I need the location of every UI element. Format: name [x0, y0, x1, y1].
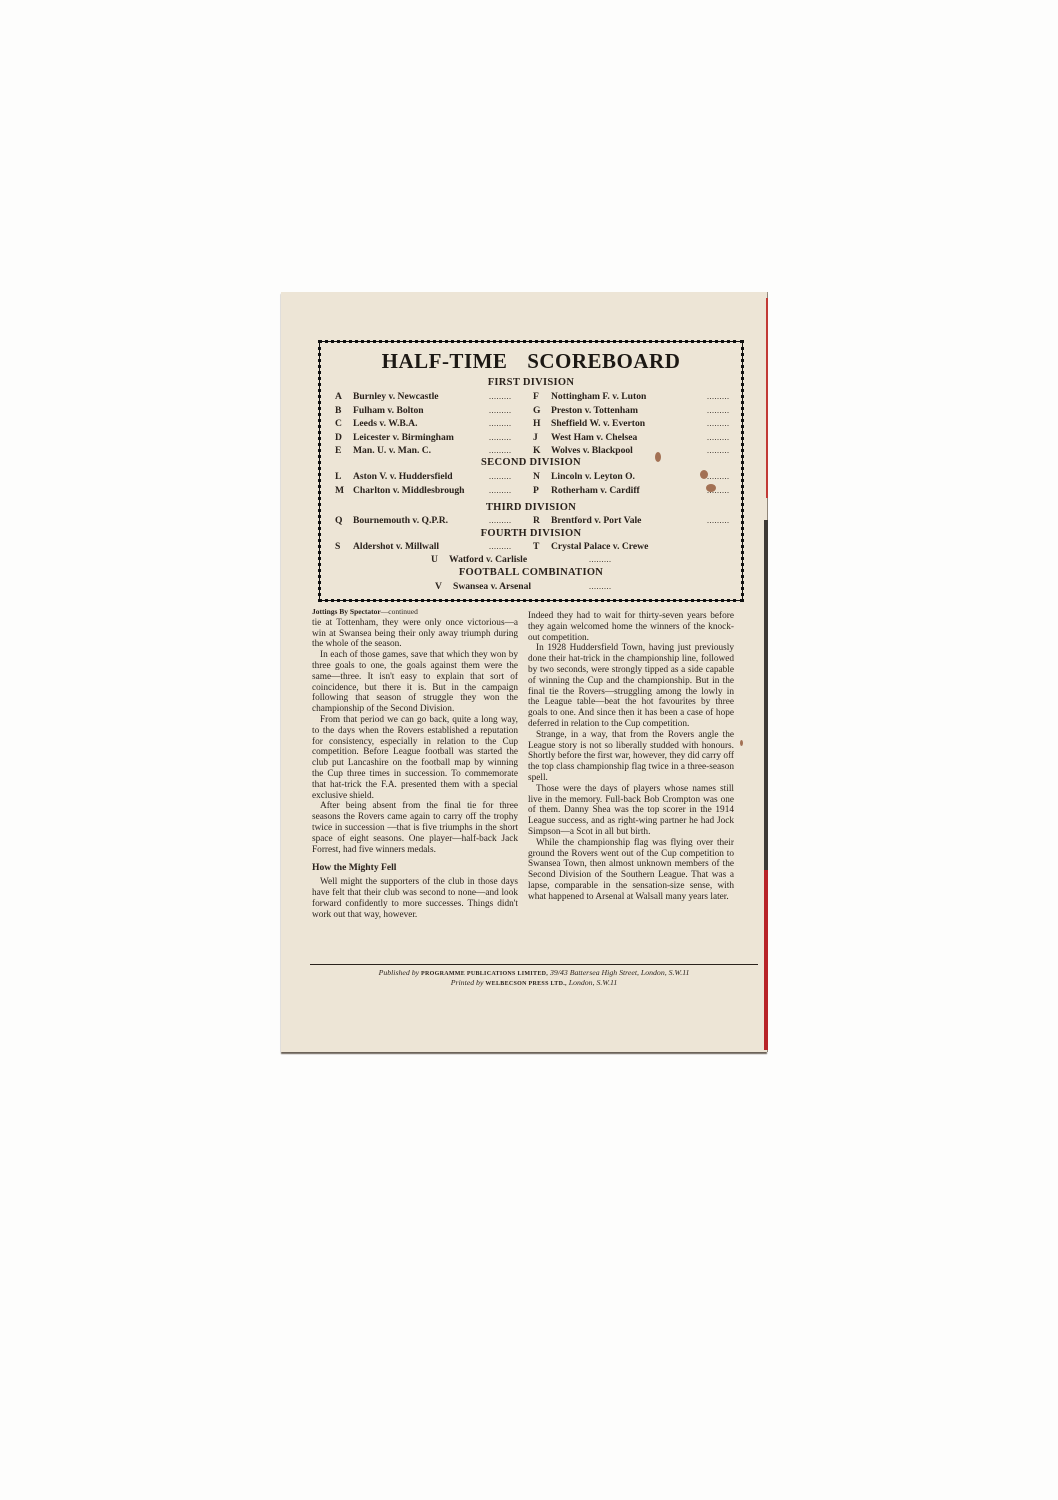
fixture-match: Charlton v. Middlesbrough [353, 485, 465, 496]
score-blank: ......... [489, 542, 512, 551]
article-paragraph: tie at Tottenham, they were only once vi… [312, 618, 518, 650]
fixture-letter: V [435, 581, 453, 592]
fixture-letter: C [335, 418, 353, 429]
fixture-match: Watford v. Carlisle [449, 554, 527, 565]
fixture-match: Brentford v. Port Vale [551, 515, 641, 526]
fixture-match: Lincoln v. Leyton O. [551, 471, 635, 482]
fixture-match: Sheffield W. v. Everton [551, 418, 645, 429]
fixture-match: Crystal Palace v. Crewe [551, 541, 648, 552]
fixture: DLeicester v. Birmingham......... [335, 432, 454, 443]
score-blank: ......... [707, 472, 730, 481]
fixture-match: Leeds v. W.B.A. [353, 418, 418, 429]
fixture-match: Bournemouth v. Q.P.R. [353, 515, 448, 526]
score-blank: ......... [707, 433, 730, 442]
fixture-letter: M [335, 485, 353, 496]
fixture: FNottingham F. v. Luton......... [533, 391, 646, 402]
article-kicker: Jottings By Spectator—continued [312, 607, 518, 618]
stain [700, 470, 708, 479]
stain [655, 452, 661, 462]
fixture: VSwansea v. Arsenal......... [435, 581, 531, 592]
fixture-match: Wolves v. Blackpool [551, 445, 633, 456]
division-heading: FOURTH DIVISION [321, 528, 741, 539]
cover-edge-dark [764, 520, 768, 870]
fixture: EMan. U. v. Man. C.......... [335, 445, 431, 456]
fixture: ABurnley v. Newcastle......... [335, 391, 439, 402]
fixture: NLincoln v. Leyton O.......... [533, 471, 635, 482]
score-blank: ......... [489, 419, 512, 428]
fixture-letter: U [431, 554, 449, 565]
fixture: QBournemouth v. Q.P.R.......... [335, 515, 448, 526]
fixture-match: Man. U. v. Man. C. [353, 445, 431, 456]
fixture-letter: G [533, 405, 551, 416]
score-blank: ......... [707, 419, 730, 428]
fixture-match: Aston V. v. Huddersfield [353, 471, 453, 482]
article-column-left: Jottings By Spectator—continued tie at T… [312, 607, 518, 920]
fixture-match: Rotherham v. Cardiff [551, 485, 640, 496]
fixture-letter: K [533, 445, 551, 456]
stain [740, 740, 743, 746]
article-paragraph: Strange, in a way, that from the Rovers … [528, 730, 734, 784]
fixture: PRotherham v. Cardiff......... [533, 485, 640, 496]
fixture-letter: F [533, 391, 551, 402]
article-paragraph: From that period we can go back, quite a… [312, 715, 518, 801]
fixture-letter: P [533, 485, 551, 496]
fixture-match: Nottingham F. v. Luton [551, 391, 646, 402]
half-time-scoreboard: HALF-TIME SCOREBOARD FIRST DIVISIONSECON… [318, 340, 744, 602]
publisher-line: Published by PROGRAMME PUBLICATIONS LIMI… [310, 968, 758, 977]
fixture-match: Burnley v. Newcastle [353, 391, 439, 402]
score-blank: ......... [489, 392, 512, 401]
fixture: GPreston v. Tottenham......... [533, 405, 638, 416]
fixture-match: West Ham v. Chelsea [551, 432, 637, 443]
division-heading: FIRST DIVISION [321, 377, 741, 388]
article-subheading: How the Mighty Fell [312, 863, 518, 874]
score-blank: ......... [489, 472, 512, 481]
scoreboard-title: HALF-TIME SCOREBOARD [321, 349, 741, 374]
division-heading: SECOND DIVISION [321, 457, 741, 468]
printer-line: Printed by WELBECSON PRESS LTD., London,… [310, 978, 758, 987]
score-blank: ......... [489, 406, 512, 415]
fixture: LAston V. v. Huddersfield......... [335, 471, 453, 482]
score-blank: ......... [489, 433, 512, 442]
fixture-letter: H [533, 418, 551, 429]
fixture-letter: Q [335, 515, 353, 526]
article-paragraph: In each of those games, save that which … [312, 650, 518, 715]
fixture-match: Swansea v. Arsenal [453, 581, 531, 592]
fixture: SAldershot v. Millwall......... [335, 541, 439, 552]
fixture-letter: T [533, 541, 551, 552]
article-paragraph: Those were the days of players whose nam… [528, 784, 734, 838]
score-blank: ......... [707, 516, 730, 525]
article-paragraph: After being absent from the final tie fo… [312, 801, 518, 855]
fixture-letter: N [533, 471, 551, 482]
fixture-letter: A [335, 391, 353, 402]
stain [706, 484, 716, 492]
fixture: BFulham v. Bolton......... [335, 405, 424, 416]
fixture: KWolves v. Blackpool......... [533, 445, 633, 456]
fixture-match: Fulham v. Bolton [353, 405, 424, 416]
score-blank: ......... [489, 446, 512, 455]
footer-rule [310, 964, 758, 965]
fixture-match: Preston v. Tottenham [551, 405, 638, 416]
fixture: MCharlton v. Middlesbrough......... [335, 485, 465, 496]
fixture: HSheffield W. v. Everton......... [533, 418, 645, 429]
fixture-match: Aldershot v. Millwall [353, 541, 439, 552]
fixture: RBrentford v. Port Vale......... [533, 515, 641, 526]
article-paragraph: Well might the supporters of the club in… [312, 877, 518, 920]
fixture-letter: D [335, 432, 353, 443]
fixture-letter: J [533, 432, 551, 443]
fixture-letter: L [335, 471, 353, 482]
score-blank: ......... [489, 516, 512, 525]
fixture-letter: B [335, 405, 353, 416]
fixture: JWest Ham v. Chelsea......... [533, 432, 637, 443]
cover-edge-red-lower [764, 870, 768, 1050]
score-blank: ......... [589, 555, 612, 564]
score-blank: ......... [707, 406, 730, 415]
article-paragraph: In 1928 Huddersfield Town, having just p… [528, 643, 734, 729]
fixture: UWatford v. Carlisle......... [431, 554, 527, 565]
article-paragraph: Indeed they had to wait for thirty-seven… [528, 611, 734, 643]
fixture-letter: S [335, 541, 353, 552]
score-blank: ......... [707, 392, 730, 401]
score-blank: ......... [589, 582, 612, 591]
article-column-right: Indeed they had to wait for thirty-seven… [528, 611, 734, 903]
cover-edge-red [766, 298, 768, 498]
fixture-letter: R [533, 515, 551, 526]
division-heading: FOOTBALL COMBINATION [321, 567, 741, 578]
score-blank: ......... [489, 486, 512, 495]
article-paragraph: While the championship flag was flying o… [528, 838, 734, 903]
division-heading: THIRD DIVISION [321, 502, 741, 513]
fixture: TCrystal Palace v. Crewe......... [533, 541, 648, 552]
fixture: CLeeds v. W.B.A.......... [335, 418, 418, 429]
score-blank: ......... [707, 446, 730, 455]
fixture-letter: E [335, 445, 353, 456]
fixture-match: Leicester v. Birmingham [353, 432, 454, 443]
